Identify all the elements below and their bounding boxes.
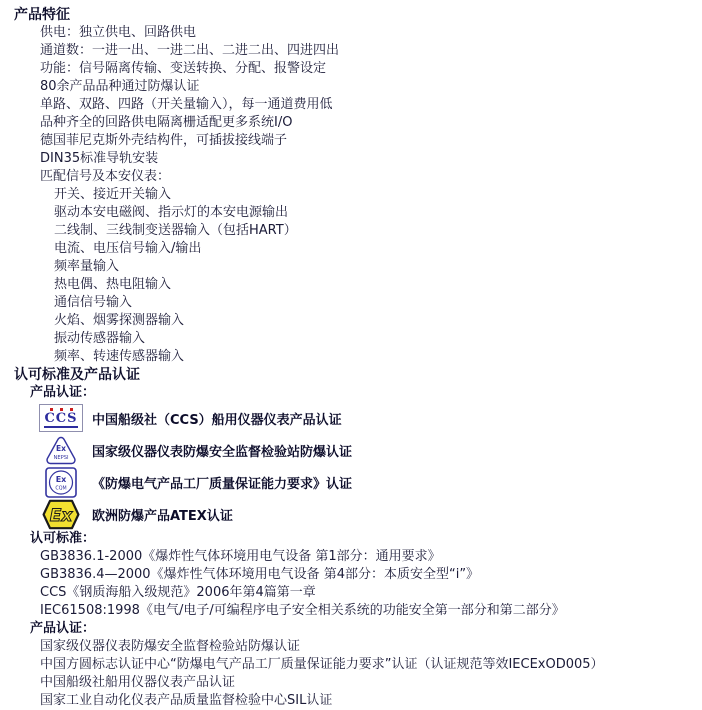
feature-line: 功能：信号隔离传输、变送转换、分配、报警设定: [0, 60, 702, 78]
feature-subline: 二线制、三线制变送器输入（包括HART）: [0, 222, 702, 240]
cert-row-cqm: Ex CQM 《防爆电气产品工厂质量保证能力要求》认证: [0, 466, 702, 498]
cert-row-nepsi: Ex NEPSI 国家级仪器仪表防爆安全监督检验站防爆认证: [0, 434, 702, 466]
feature-subline: 频率、转速传感器输入: [0, 348, 702, 366]
feature-line: 品种齐全的回路供电隔离栅适配更多系统I/O: [0, 114, 702, 132]
feature-subline: 开关、接近开关输入: [0, 186, 702, 204]
nepsi-ex-logo-icon: Ex NEPSI: [44, 435, 78, 466]
feature-line: DIN35标准导轨安装: [0, 150, 702, 168]
feature-subline: 热电偶、热电阻输入: [0, 276, 702, 294]
feature-subline: 驱动本安电磁阀、指示灯的本安电源输出: [0, 204, 702, 222]
feature-line: 通道数：一进一出、一进二出、二进二出、四进四出: [0, 42, 702, 60]
product-cert2-heading: 产品认证：: [0, 620, 702, 638]
feature-subline: 频率量输入: [0, 258, 702, 276]
feature-line: 80余产品品种通过防爆认证: [0, 78, 702, 96]
product-cert-line: 中国方圆标志认证中心“防爆电气产品工厂质量保证能力要求”认证（认证规范等效IEC…: [0, 656, 702, 674]
certifications-title: 认可标准及产品认证: [0, 366, 702, 384]
ccs-logo-icon: CCS: [39, 404, 83, 432]
feature-line: 匹配信号及本安仪表：: [0, 168, 702, 186]
standard-line: CCS《钢质海船入级规范》2006年第4篇第一章: [0, 584, 702, 602]
standard-line: GB3836.1-2000《爆炸性气体环境用电气设备 第1部分：通用要求》: [0, 548, 702, 566]
atex-ex-logo-icon: Ex: [42, 499, 80, 530]
feature-line: 德国菲尼克斯外壳结构件，可插拔接线端子: [0, 132, 702, 150]
cqm-ex-text: Ex: [56, 475, 67, 484]
product-cert-line: 中国船级社船用仪器仪表产品认证: [0, 674, 702, 692]
ccs-logo-text: CCS: [44, 412, 77, 428]
feature-line: 供电：独立供电、回路供电: [0, 24, 702, 42]
product-cert-line: 国家级仪器仪表防爆安全监督检验站防爆认证: [0, 638, 702, 656]
feature-subline: 电流、电压信号输入/输出: [0, 240, 702, 258]
standards-heading: 认可标准：: [0, 530, 702, 548]
atex-ex-text: Ex: [50, 506, 74, 526]
cert-row-ccs: CCS 中国船级社（CCS）船用仪器仪表产品认证: [0, 402, 702, 434]
product-cert-line: 国家工业自动化仪表产品质量监督检验中心SIL认证: [0, 692, 702, 710]
cert-label-ccs: 中国船级社（CCS）船用仪器仪表产品认证: [92, 409, 342, 428]
cert-label-nepsi: 国家级仪器仪表防爆安全监督检验站防爆认证: [92, 441, 352, 460]
feature-subline: 通信信号输入: [0, 294, 702, 312]
feature-line: 单路、双路、四路（开关量输入），每一通道费用低: [0, 96, 702, 114]
ex-cqm-logo-icon: Ex CQM: [45, 467, 77, 498]
features-title: 产品特征: [0, 6, 702, 24]
standard-line: IEC61508:1998《电气/电子/可编程序电子安全相关系统的功能安全第一部…: [0, 602, 702, 620]
nepsi-ex-text: Ex: [56, 444, 66, 453]
product-cert-heading: 产品认证：: [0, 384, 702, 402]
feature-subline: 火焰、烟雾探测器输入: [0, 312, 702, 330]
standard-line: GB3836.4—2000《爆炸性气体环境用电气设备 第4部分：本质安全型“i”…: [0, 566, 702, 584]
cert-label-atex: 欧洲防爆产品ATEX认证: [92, 505, 233, 524]
nepsi-name-text: NEPSI: [53, 455, 69, 461]
cert-row-atex: Ex 欧洲防爆产品ATEX认证: [0, 498, 702, 530]
product-document: 产品特征 供电：独立供电、回路供电 通道数：一进一出、一进二出、二进二出、四进四…: [0, 0, 702, 710]
cqm-name-text: CQM: [55, 485, 66, 491]
feature-subline: 振动传感器输入: [0, 330, 702, 348]
cert-label-cqm: 《防爆电气产品工厂质量保证能力要求》认证: [92, 473, 352, 492]
